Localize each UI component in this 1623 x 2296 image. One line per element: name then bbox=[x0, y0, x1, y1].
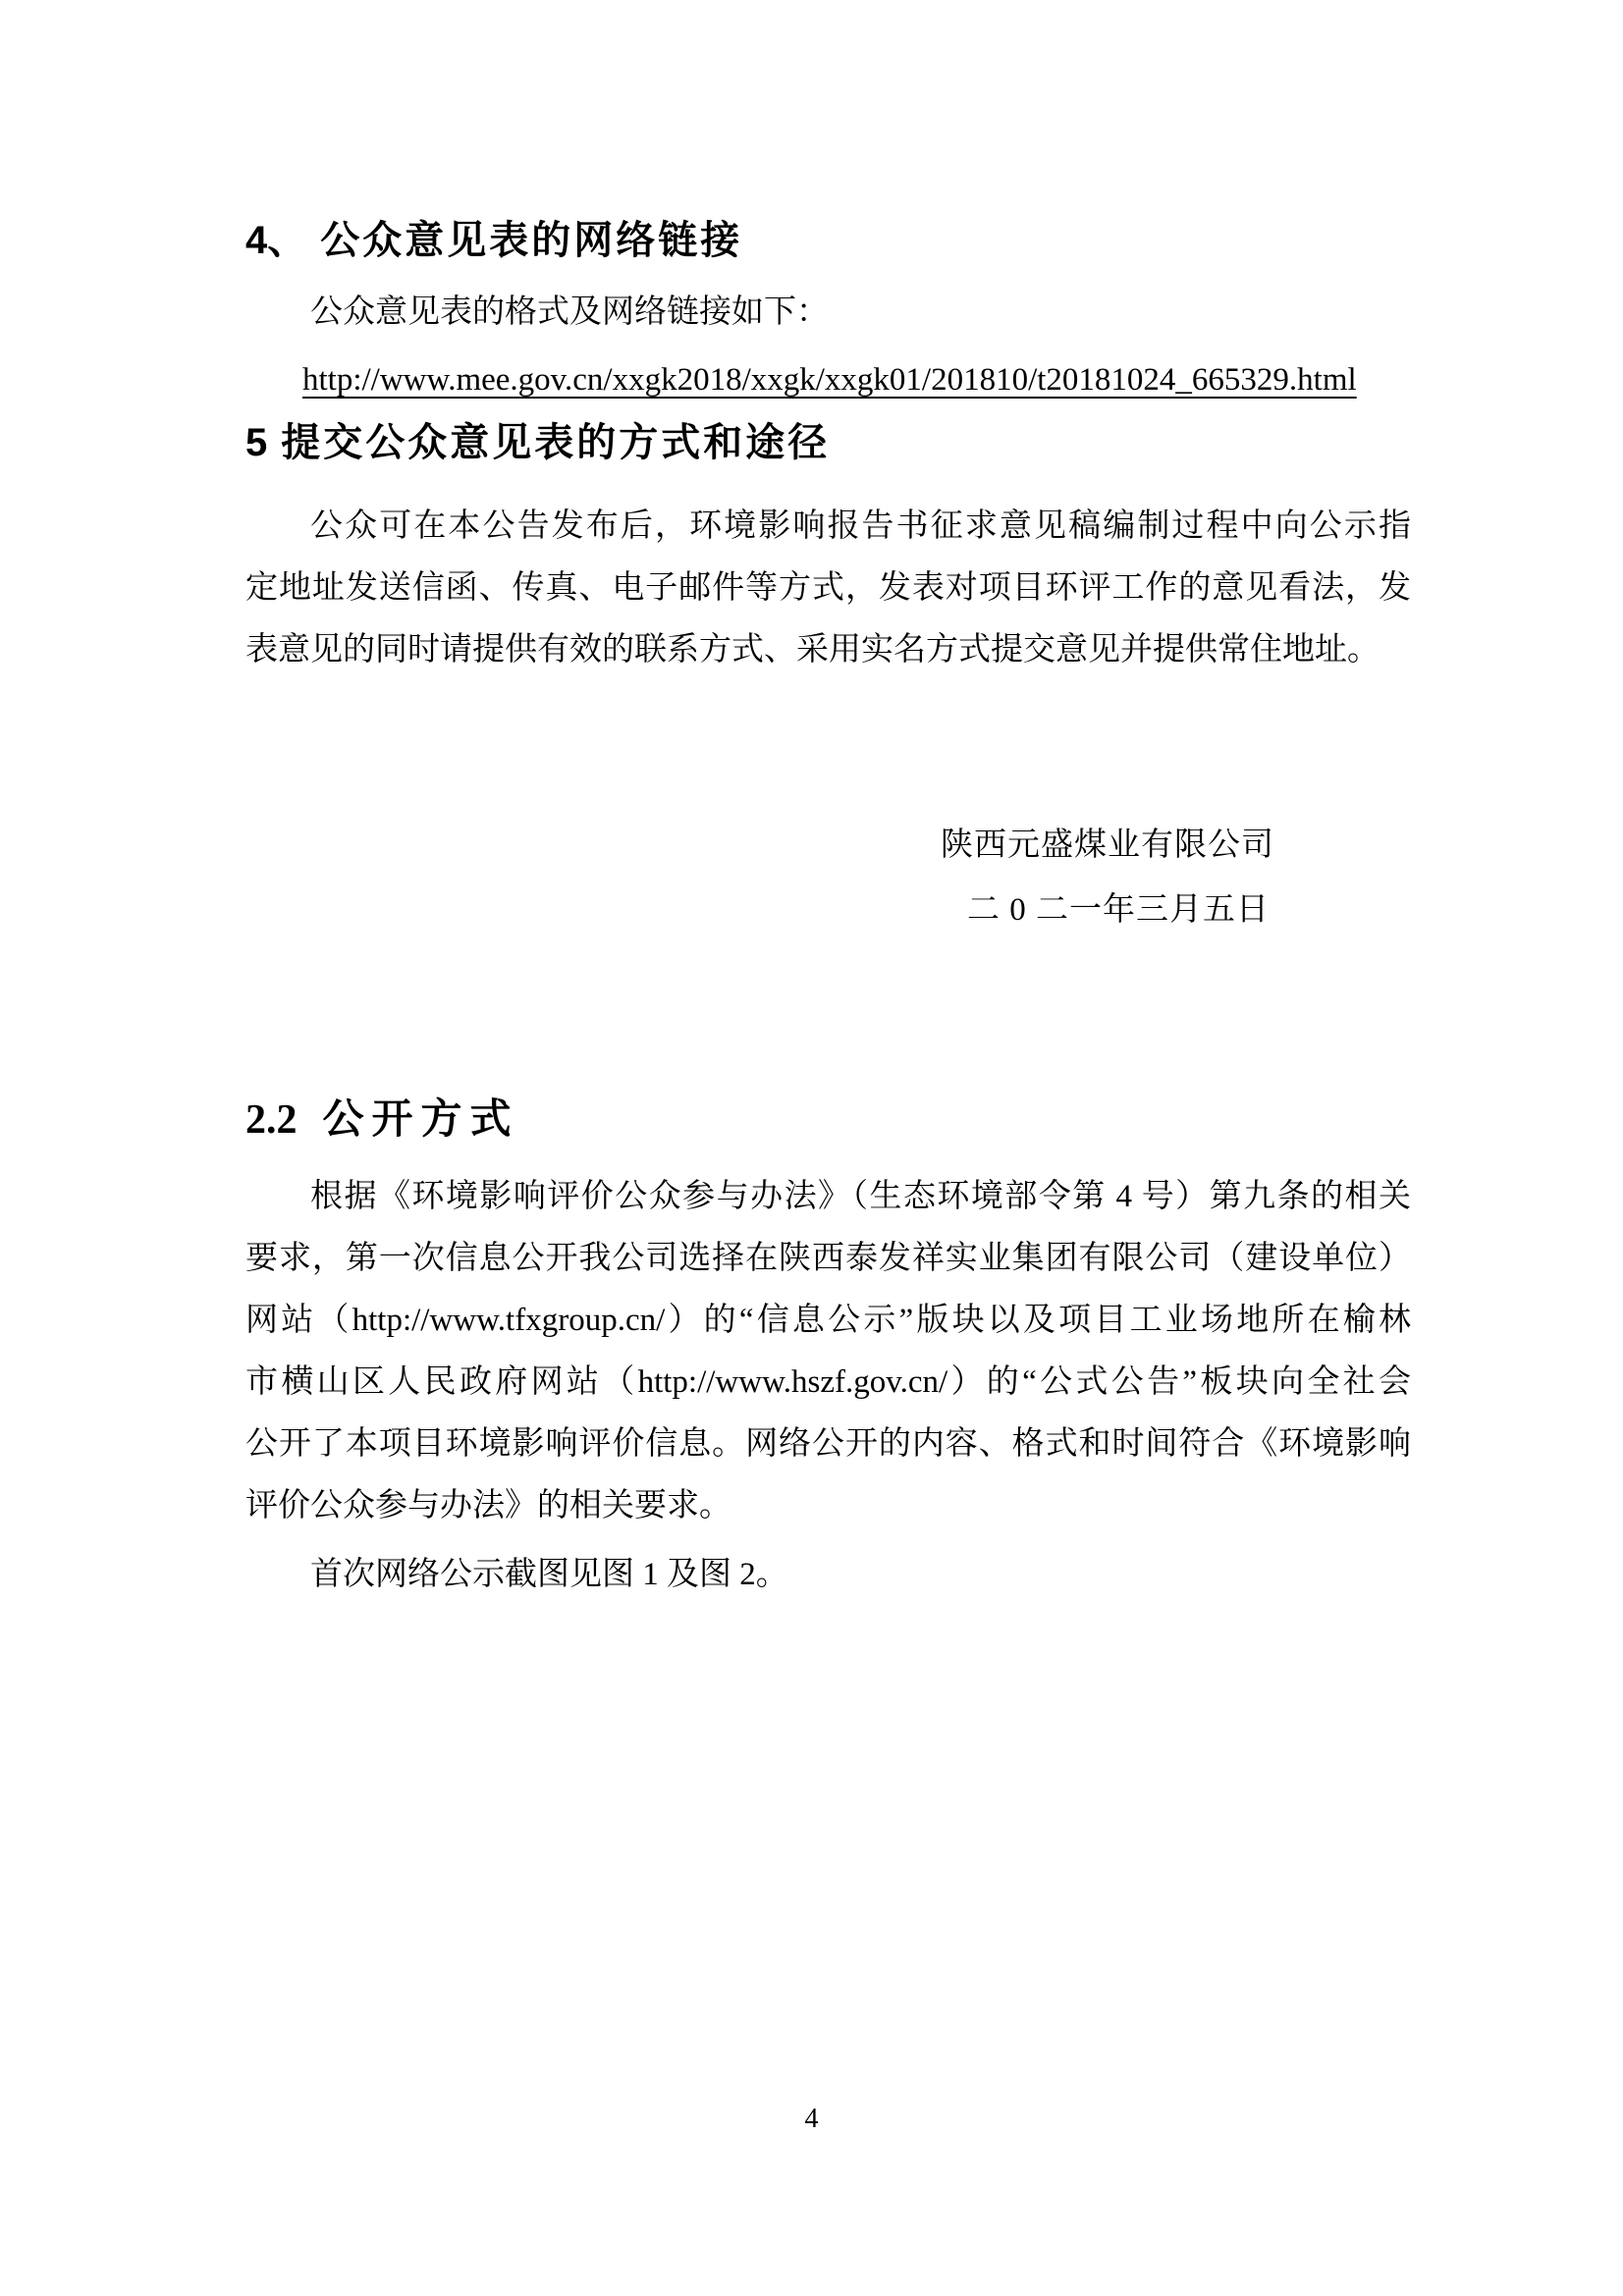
url-link[interactable]: http://www.mee.gov.cn/xxgk2018/xxgk/xxgk… bbox=[302, 361, 1357, 400]
signature-company: 陕西元盛煤业有限公司 bbox=[941, 827, 1274, 866]
paragraph-line: 根据《环境影响评价公众参与办法》（生态环境部令第 4 号）第九条的相关 bbox=[245, 1166, 1411, 1228]
section-5-number: 5 bbox=[245, 421, 267, 464]
paragraph-line: 公众可在本公告发布后，环境影响报告书征求意见稿编制过程中向公示指 bbox=[245, 496, 1411, 558]
page-number: 4 bbox=[0, 2103, 1623, 2136]
paragraph-line: 表意见的同时请提供有效的联系方式、采用实名方式提交意见并提供常住地址。 bbox=[245, 619, 1411, 681]
section-2-2-paragraph: 根据《环境影响评价公众参与办法》（生态环境部令第 4 号）第九条的相关 要求，第… bbox=[245, 1166, 1411, 1537]
paragraph-line: 公开了本项目环境影响评价信息。网络公开的内容、格式和时间符合《环境影响 bbox=[245, 1414, 1411, 1475]
paragraph-line: 市横山区人民政府网站（http://www.hszf.gov.cn/）的“公式公… bbox=[245, 1352, 1411, 1414]
document-page: 4、 公众意见表的网络链接 公众意见表的格式及网络链接如下： http://ww… bbox=[0, 0, 1623, 2296]
paragraph-line: 要求，第一次信息公开我公司选择在陕西泰发祥实业集团有限公司（建设单位） bbox=[245, 1228, 1411, 1290]
section-5-title: 提交公众意见表的方式和途径 bbox=[281, 421, 830, 464]
section-4-heading: 4、 公众意见表的网络链接 bbox=[245, 219, 742, 262]
section-2-2-number: 2.2 bbox=[245, 1097, 298, 1143]
paragraph-line: 评价公众参与办法》的相关要求。 bbox=[245, 1475, 1411, 1537]
section-2-2-heading: 2.2 公开方式 bbox=[245, 1097, 519, 1143]
paragraph-line: 定地址发送信函、传真、电子邮件等方式，发表对项目环评工作的意见看法，发 bbox=[245, 558, 1411, 619]
section-4-intro: 公众意见表的格式及网络链接如下： bbox=[310, 294, 829, 333]
section-5-paragraph: 公众可在本公告发布后，环境影响报告书征求意见稿编制过程中向公示指 定地址发送信函… bbox=[245, 496, 1411, 681]
signature-date: 二 0 二一年三月五日 bbox=[967, 891, 1270, 931]
figures-note: 首次网络公示截图见图 1 及图 2。 bbox=[245, 1556, 788, 1595]
section-4-number: 4、 bbox=[245, 219, 306, 262]
section-4-title: 公众意见表的网络链接 bbox=[320, 219, 742, 262]
section-5-heading: 5 提交公众意见表的方式和途径 bbox=[245, 421, 830, 464]
paragraph-line: 网站（http://www.tfxgroup.cn/）的“信息公示”版块以及项目… bbox=[245, 1290, 1411, 1352]
section-2-2-title: 公开方式 bbox=[323, 1097, 519, 1143]
